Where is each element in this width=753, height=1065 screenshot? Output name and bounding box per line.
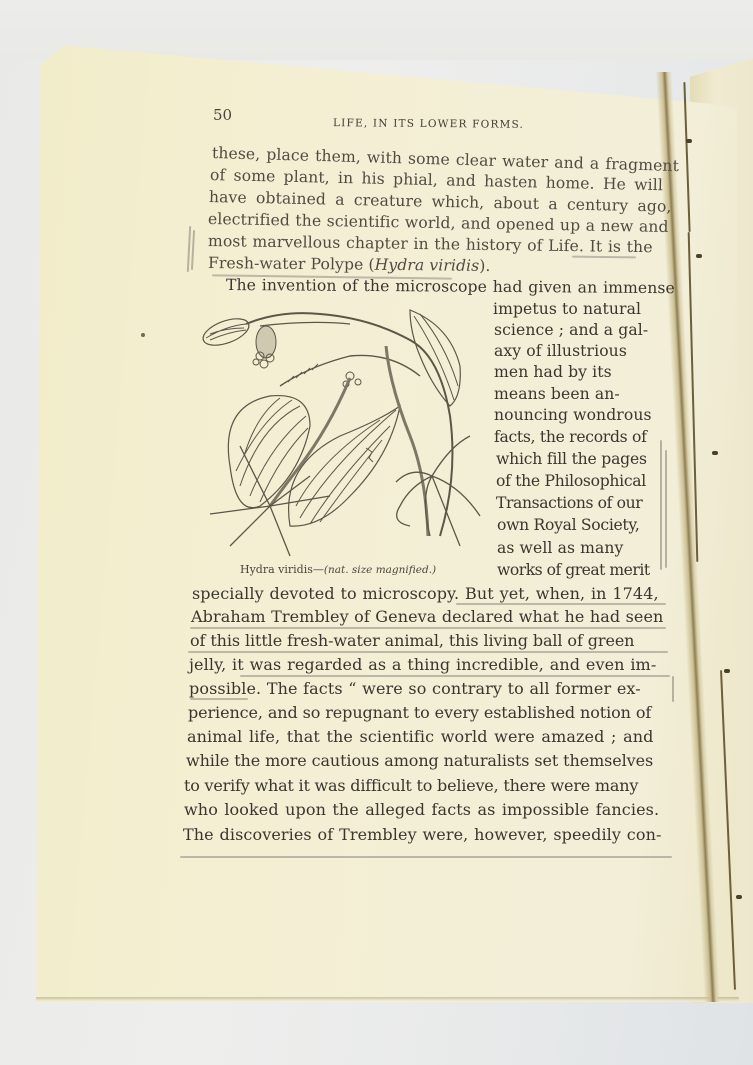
text-line: which fill the pages xyxy=(496,450,647,468)
text-line: own Royal Society, xyxy=(497,516,640,534)
text-line: The discoveries of Trembley were, howeve… xyxy=(183,825,662,844)
text-line: axy of illustrious xyxy=(494,342,627,360)
text-line: of the Philosophical xyxy=(496,472,646,490)
text-line: Abraham Trembley of Geneva declared what… xyxy=(191,607,663,626)
text-line: perience, and so repugnant to every esta… xyxy=(188,703,651,722)
pencil-margin-mark xyxy=(672,676,674,702)
text-line: specially devoted to microscopy. But yet… xyxy=(192,584,659,603)
text-line: of this little fresh-water animal, this … xyxy=(190,631,634,650)
pencil-underline xyxy=(456,603,666,605)
text-line: facts, the records of xyxy=(494,428,647,446)
pencil-underline xyxy=(240,675,670,677)
text-line: as well as many xyxy=(497,539,623,557)
caption-species: Hydra viridis— xyxy=(240,563,324,576)
species-name: Hydra viridis xyxy=(375,256,480,275)
page-number: 50 xyxy=(213,106,232,124)
text-line: to verify what it was difficult to belie… xyxy=(184,776,638,795)
text-fragment: Fresh-water Polype ( xyxy=(208,254,375,274)
text-line: means been an- xyxy=(494,385,620,403)
text-line: possible. The facts “ were so contrary t… xyxy=(189,679,641,698)
caption-note: (nat. size magnified.) xyxy=(324,564,436,576)
pencil-underline xyxy=(190,627,666,629)
text-line: jelly, it was regarded as a thing incred… xyxy=(189,655,656,674)
running-head: LIFE, IN ITS LOWER FORMS. xyxy=(333,117,524,131)
hydra-illustration-icon xyxy=(200,296,490,558)
figure-caption: Hydra viridis—(nat. size magnified.) xyxy=(240,563,436,576)
pencil-underline xyxy=(180,856,672,858)
pencil-margin-mark xyxy=(665,450,667,568)
text-line: nouncing wondrous xyxy=(494,406,652,424)
text-line: works of great merit xyxy=(497,561,650,579)
text-line: animal life, that the scientific world w… xyxy=(187,727,653,746)
text-line: Transactions of our xyxy=(496,494,642,512)
paper-speck xyxy=(141,333,145,337)
text-line: science ; and a gal- xyxy=(494,321,648,339)
text-line: who looked upon the alleged facts as imp… xyxy=(184,800,659,819)
text-line: men had by its xyxy=(494,363,612,381)
text-fragment: ). xyxy=(479,257,490,275)
text-line: most marvellous chapter in the history o… xyxy=(208,232,653,256)
pencil-underline xyxy=(188,651,668,653)
text-line: impetus to natural xyxy=(493,300,641,318)
pencil-underline xyxy=(190,698,248,700)
text-line: Fresh-water Polype (Hydra viridis). xyxy=(208,254,491,275)
pencil-margin-mark xyxy=(660,440,662,570)
text-line: while the more cautious among naturalist… xyxy=(186,751,653,770)
